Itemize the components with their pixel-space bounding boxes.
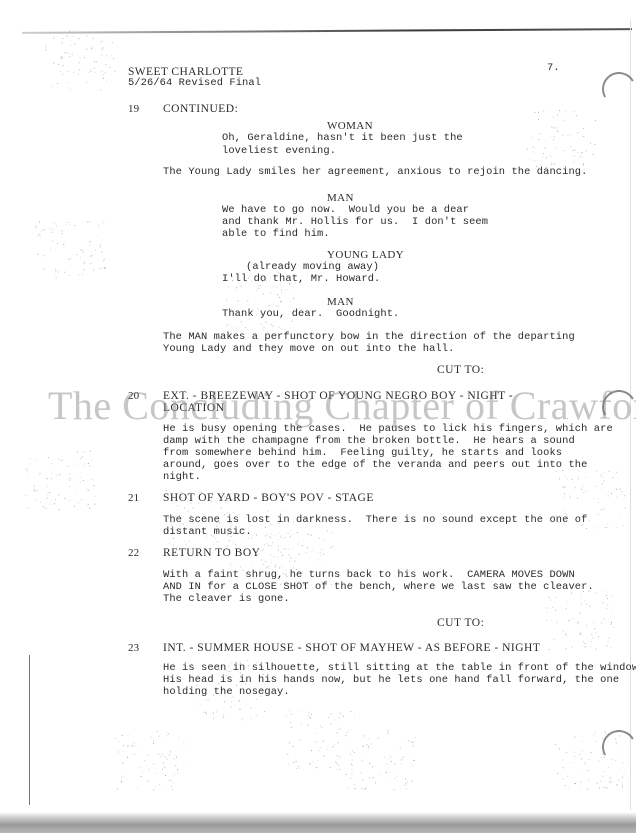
action-line: holding the nosegay. (163, 686, 290, 699)
dialogue-line: Thank you, dear. Goodnight. (222, 308, 399, 321)
dialogue-line: I'll do that, Mr. Howard. (222, 273, 380, 286)
action-line: around, goes over to the edge of the ver… (163, 459, 587, 472)
scene-number: 23 (128, 642, 139, 655)
parenthetical: (already moving away) (246, 261, 379, 274)
action-line: distant music. (163, 526, 252, 539)
character-name: MAN (327, 296, 354, 309)
scene-heading: EXT. - BREEZEWAY - SHOT OF YOUNG NEGRO B… (163, 390, 513, 403)
action-line: from somewhere behind him. Feeling guilt… (163, 447, 562, 460)
margin-line (29, 655, 30, 805)
action-line: damp with the champagne from the broken … (163, 435, 575, 448)
character-name: YOUNG LADY (327, 249, 404, 262)
revision-date: 5/26/64 Revised Final (128, 77, 261, 90)
page-number: 7. (547, 62, 560, 75)
dialogue-line: We have to go now. Would you be a dear (222, 204, 469, 217)
dialogue-line: loveliest evening. (222, 145, 336, 158)
script-page: SWEET CHARLOTTE 5/26/64 Revised Final 7.… (0, 0, 636, 833)
scene-heading: LOCATION (163, 402, 225, 415)
dialogue-line: Oh, Geraldine, hasn't it been just the (222, 132, 463, 145)
scene-heading: SHOT OF YARD - BOY'S POV - STAGE (163, 492, 374, 505)
top-rule (22, 28, 632, 34)
scene-heading: INT. - SUMMER HOUSE - SHOT OF MAYHEW - A… (163, 642, 540, 655)
action-line: With a faint shrug, he turns back to his… (163, 569, 575, 582)
action-line: The scene is lost in darkness. There is … (163, 514, 587, 527)
scene-heading: CONTINUED: (163, 103, 238, 116)
transition: CUT TO: (437, 364, 484, 377)
action-line: The cleaver is gone. (163, 593, 290, 606)
action-line: AND IN for a CLOSE SHOT of the bench, wh… (163, 581, 594, 594)
action-line: The Young Lady smiles her agreement, anx… (163, 166, 587, 179)
action-line: He is seen in silhouette, still sitting … (163, 662, 636, 675)
action-line: His head is in his hands now, but he let… (163, 674, 619, 687)
action-line: Young Lady and they move on out into the… (163, 343, 454, 356)
scene-number: 22 (128, 547, 139, 560)
character-name: WOMAN (327, 120, 373, 133)
scan-noise (0, 0, 636, 833)
character-name: MAN (327, 192, 354, 205)
scene-number: 19 (128, 103, 139, 116)
action-line: He is busy opening the cases. He pauses … (163, 423, 613, 436)
dialogue-line: able to find him. (222, 228, 330, 241)
scene-heading: RETURN TO BOY (163, 547, 260, 560)
scan-shadow (0, 812, 636, 833)
dialogue-line: and thank Mr. Hollis for us. I don't see… (222, 216, 488, 229)
action-line: night. (163, 471, 201, 484)
transition: CUT TO: (437, 617, 484, 630)
scene-number: 20 (128, 390, 139, 403)
action-line: The MAN makes a perfunctory bow in the d… (163, 331, 575, 344)
scene-number: 21 (128, 492, 139, 505)
